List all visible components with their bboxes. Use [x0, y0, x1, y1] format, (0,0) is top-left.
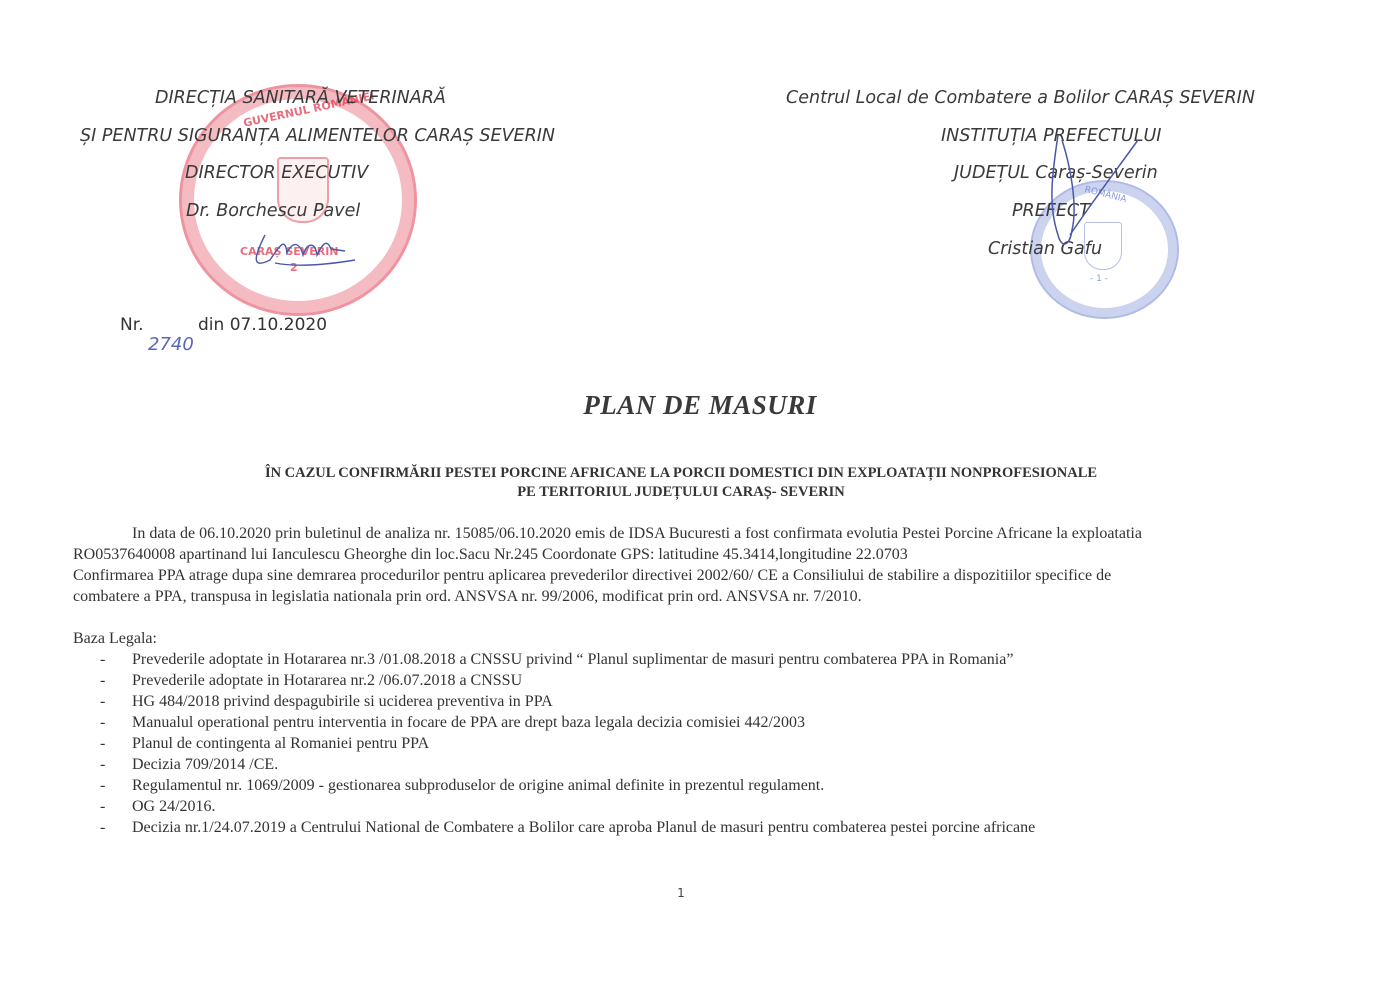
legal-basis-heading: Baza Legala:	[73, 628, 157, 649]
document-subtitle-line1: ÎN CAZUL CONFIRMĂRII PESTEI PORCINE AFRI…	[0, 465, 1362, 482]
list-item: -HG 484/2018 privind despagubirile si uc…	[100, 691, 1035, 712]
local-center-name: Centrul Local de Combatere a Bolilor CAR…	[786, 88, 1255, 108]
registration-label: Nr.	[120, 315, 144, 335]
list-item: -Prevederile adoptate in Hotararea nr.3 …	[100, 649, 1035, 670]
document-subtitle-line2: PE TERITORIUL JUDEȚULUI CARAȘ- SEVERIN	[0, 484, 1362, 501]
document-title: PLAN DE MASURI	[0, 390, 1400, 421]
stamp-number: - 1 -	[1090, 274, 1108, 284]
list-item: -Regulamentul nr. 1069/2009 - gestionare…	[100, 775, 1035, 796]
list-item: -Decizia nr.1/24.07.2019 a Centrului Nat…	[100, 817, 1035, 838]
list-item: -Planul de contingenta al Romaniei pentr…	[100, 733, 1035, 754]
list-item: -Manualul operational pentru interventia…	[100, 712, 1035, 733]
signatory-role: DIRECTOR EXECUTIV	[185, 163, 368, 183]
intro-paragraph-line1: In data de 06.10.2020 prin buletinul de …	[132, 523, 1142, 544]
signature-left	[245, 225, 365, 275]
intro-paragraph-line2: RO0537640008 apartinand lui Ianculescu G…	[73, 544, 908, 565]
registration-date: din 07.10.2020	[198, 315, 327, 335]
list-item: -Decizia 709/2014 /CE.	[100, 754, 1035, 775]
list-item: -OG 24/2016.	[100, 796, 1035, 817]
legal-basis-list: -Prevederile adoptate in Hotararea nr.3 …	[100, 649, 1035, 838]
intro-paragraph-line4: combatere a PPA, transpusa in legislatia…	[73, 586, 862, 607]
red-official-stamp: GUVERNUL ROMÂNIEI CARAȘ SEVERIN 2	[179, 84, 417, 316]
intro-paragraph-line3: Confirmarea PPA atrage dupa sine demrare…	[73, 565, 1111, 586]
institution-name-line2: ȘI PENTRU SIGURANȚA ALIMENTELOR CARAȘ SE…	[80, 126, 555, 146]
registration-number-handwritten: 2740	[148, 334, 194, 355]
list-item: -Prevederile adoptate in Hotararea nr.2 …	[100, 670, 1035, 691]
institution-name-line1: DIRECȚIA SANITARĂ VETERINARĂ	[155, 88, 446, 108]
signatory-name: Dr. Borchescu Pavel	[186, 201, 360, 221]
signature-right	[1030, 125, 1150, 275]
page-number: 1	[0, 886, 1362, 900]
